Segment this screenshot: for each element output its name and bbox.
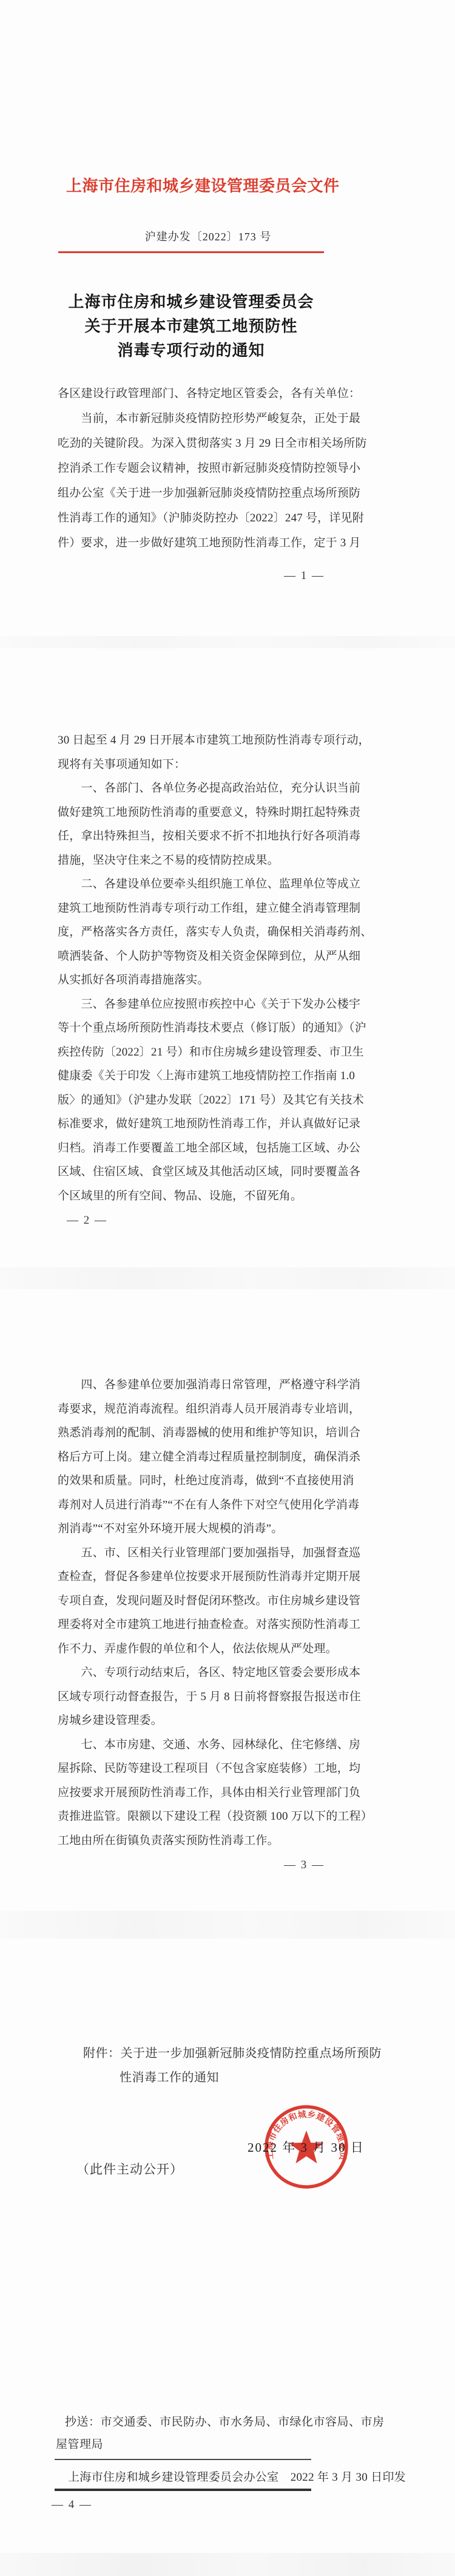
text-line: 等十个重点场所预防性消毒技术要点（修订版）的通知》（沪 bbox=[58, 1016, 328, 1040]
text-line: 的效果和质量。同时，杜绝过度消毒，做到“不直接使用消 bbox=[58, 1469, 328, 1493]
text-line: 责推进监管。限额以下建设工程（投资额 100 万以下的工程） bbox=[58, 1805, 328, 1829]
text-line: 毒剂对人员进行消毒”“不在有人条件下对空气使用化学消毒 bbox=[58, 1493, 328, 1517]
page-separator bbox=[0, 2553, 455, 2576]
text-line: 件）要求，进一步做好建筑工地预防性消毒工作，定于 3 月 bbox=[58, 530, 328, 555]
page2-body: 30 日起至 4 月 29 日开展本市建筑工地预防性消毒专项行动，现将有关事项通… bbox=[58, 728, 328, 1208]
text-line: 七、本市房建、交通、水务、园林绿化、住宅修缮、房 bbox=[58, 1733, 328, 1757]
text-line: 建筑工地预防性消毒专项行动工作组，建立健全消毒管理制 bbox=[58, 897, 328, 921]
cc-list: 抄送：市交通委、市民防办、市水务局、市绿化市容局、市房屋管理局 bbox=[56, 2411, 317, 2456]
text-line: 熟悉消毒剂的配制、消毒器械的使用和维护等知识，培训合 bbox=[58, 1421, 328, 1445]
text-line: 查检查，督促各参建单位按要求开展预防性消毒并定期开展 bbox=[58, 1565, 328, 1589]
text-line: 版〉的通知》（沪建办发联〔2022〕171 号）及其它有关技术 bbox=[58, 1088, 328, 1113]
text-line: 现将有关事项通知如下： bbox=[58, 753, 328, 777]
text-line: 五、市、区相关行业管理部门要加强指导，加强督查巡 bbox=[58, 1541, 328, 1565]
text-line: 从实抓好各项消毒措施落实。 bbox=[58, 968, 328, 992]
text-line: 抄送：市交通委、市民防办、市水务局、市绿化市容局、市房 bbox=[56, 2411, 317, 2433]
text-line: 个区域里的所有空间、物品、设施，不留死角。 bbox=[58, 1184, 328, 1208]
text-line: 控消杀工作专题会议精神，按照市新冠肺炎疫情防控领导小 bbox=[58, 456, 328, 481]
page-separator bbox=[0, 636, 455, 648]
text-line: 当前，本市新冠肺炎疫情防控形势严峻复杂，正处于最 bbox=[58, 406, 328, 431]
footer-rule-thick bbox=[55, 2489, 311, 2491]
attachment-note-line2: 性消毒工作的通知 bbox=[58, 2067, 219, 2085]
page-number-4: — 4 — bbox=[52, 2498, 92, 2512]
text-line: 关于开展本市建筑工地预防性 bbox=[58, 314, 325, 339]
document-number: 沪建办发〔2022〕173 号 bbox=[75, 228, 342, 244]
document-title: 上海市住房和城乡建设管理委员会关于开展本市建筑工地预防性消毒专项行动的通知 bbox=[58, 290, 325, 363]
text-line: 疾控传防〔2022〕21 号）和市住房城乡建设管理委、市卫生 bbox=[58, 1040, 328, 1065]
page-separator bbox=[0, 1911, 455, 1939]
issuing-office-line: 上海市住房和城乡建设管理委员会办公室 2022 年 3 月 30 日印发 bbox=[68, 2468, 406, 2484]
text-line: 归档。消毒工作要覆盖工地全部区域，包括施工区域、办公 bbox=[58, 1136, 328, 1161]
text-line: 二、各建设单位要牵头组织施工单位、监理单位等成立 bbox=[58, 872, 328, 897]
page-number-3: — 3 — bbox=[58, 1859, 325, 1872]
page-number-1: — 1 — bbox=[58, 569, 325, 583]
text-line: 六、专项行动结束后，各区、特定地区管委会要形成本 bbox=[58, 1661, 328, 1685]
agency-banner: 上海市住房和城乡建设管理委员会文件 bbox=[66, 174, 333, 196]
page3-body: 四、各参建单位要加强消毒日常管理，严格遵守科学消毒要求，规范消毒流程。组织消毒人… bbox=[58, 1373, 328, 1852]
text-line: 标准要求，做好建筑工地预防性消毒工作，并认真做好记录 bbox=[58, 1112, 328, 1136]
text-line: 上海市住房和城乡建设管理委员会 bbox=[58, 290, 325, 314]
text-line: 做好建筑工地预防性消毒的重要意义，特殊时期扛起特殊责 bbox=[58, 801, 328, 825]
text-line: 性消毒工作的通知》（沪肺炎防控办〔2022〕247 号，详见附 bbox=[58, 506, 328, 530]
text-line: 喷洒装备、个人防护等物资及相关资金保障到位，从严从细 bbox=[58, 944, 328, 969]
text-line: 消毒专项行动的通知 bbox=[58, 339, 325, 363]
text-line: 应按要求开展预防性消毒工作，具体由相关行业管理部门负 bbox=[58, 1781, 328, 1805]
text-line: 任，拿出特殊担当，按相关要求不折不扣地执行好各项消毒 bbox=[58, 824, 328, 849]
page-number-2: — 2 — bbox=[67, 1214, 107, 1227]
red-divider-rule bbox=[58, 251, 324, 253]
text-line: 工地由所在街镇负责落实预防性消毒工作。 bbox=[58, 1829, 328, 1853]
page1-body: 各区建设行政管理部门、各特定地区管委会，各有关单位： 当前，本市新冠肺炎疫情防控… bbox=[58, 381, 328, 555]
attachment-note-line1: 附件：关于进一步加强新冠肺炎疫情防控重点场所预防 bbox=[58, 2043, 382, 2061]
text-line: 三、各参建单位应按照市疾控中心《关于下发办公楼宇 bbox=[58, 992, 328, 1017]
text-line: 30 日起至 4 月 29 日开展本市建筑工地预防性消毒专项行动， bbox=[58, 728, 328, 753]
text-line: 屋拆除、民防等建设工程项目（不包含家庭装修）工地，均 bbox=[58, 1757, 328, 1781]
text-line: 区域专项行动督查报告，于 5 月 8 日前将督察报告报送市住 bbox=[58, 1685, 328, 1709]
text-line: 四、各参建单位要加强消毒日常管理，严格遵守科学消 bbox=[58, 1373, 328, 1397]
text-line: 各区建设行政管理部门、各特定地区管委会，各有关单位： bbox=[58, 381, 328, 406]
text-line: 专项自查，发现问题及时督促闭环整改。市住房城乡建设管 bbox=[58, 1589, 328, 1613]
text-line: 格后方可上岗。建立健全消毒过程质量控制制度，确保消杀 bbox=[58, 1445, 328, 1469]
text-line: 作不力、弄虚作假的单位和个人，依法依规从严处理。 bbox=[58, 1637, 328, 1661]
text-line: 区域、住宿区域、食堂区域及其他活动区域，同时要覆盖各 bbox=[58, 1160, 328, 1184]
official-document-scan: 上海市住房和城乡建设管理委员会文件 沪建办发〔2022〕173 号 上海市住房和… bbox=[0, 0, 455, 2576]
text-line: 组办公室《关于进一步加强新冠肺炎疫情防控重点场所预防 bbox=[58, 481, 328, 506]
text-line: 房城乡建设管理委。 bbox=[58, 1709, 328, 1733]
public-disclosure-note: （此件主动公开） bbox=[76, 2160, 183, 2178]
text-line: 措施，坚决守住来之不易的疫情防控成果。 bbox=[58, 849, 328, 873]
text-line: 剂消毒”“不对室外环境开展大规模的消毒”。 bbox=[58, 1517, 328, 1541]
text-line: 健康委《关于印发〈上海市建筑工地疫情防控工作指南 1.0 bbox=[58, 1064, 328, 1088]
footer-rule-thin bbox=[55, 2459, 311, 2460]
text-line: 度，严格落实各方责任，落实专人负责，确保相关消毒药剂、 bbox=[58, 920, 328, 944]
page-separator bbox=[0, 1267, 455, 1289]
text-line: 屋管理局 bbox=[56, 2433, 317, 2456]
text-line: 吃劲的关键阶段。为深入贯彻落实 3 月 29 日全市相关场所防 bbox=[58, 431, 328, 456]
text-line: 理委将对全市建筑工地进行抽查检查。对落实预防性消毒工 bbox=[58, 1613, 328, 1637]
text-line: 一、各部门、各单位务必提高政治站位，充分认识当前 bbox=[58, 776, 328, 801]
signature-date: 2022 年 3 月 30 日 bbox=[248, 2138, 365, 2156]
text-line: 毒要求，规范消毒流程。组织消毒人员开展消毒专业培训， bbox=[58, 1397, 328, 1422]
